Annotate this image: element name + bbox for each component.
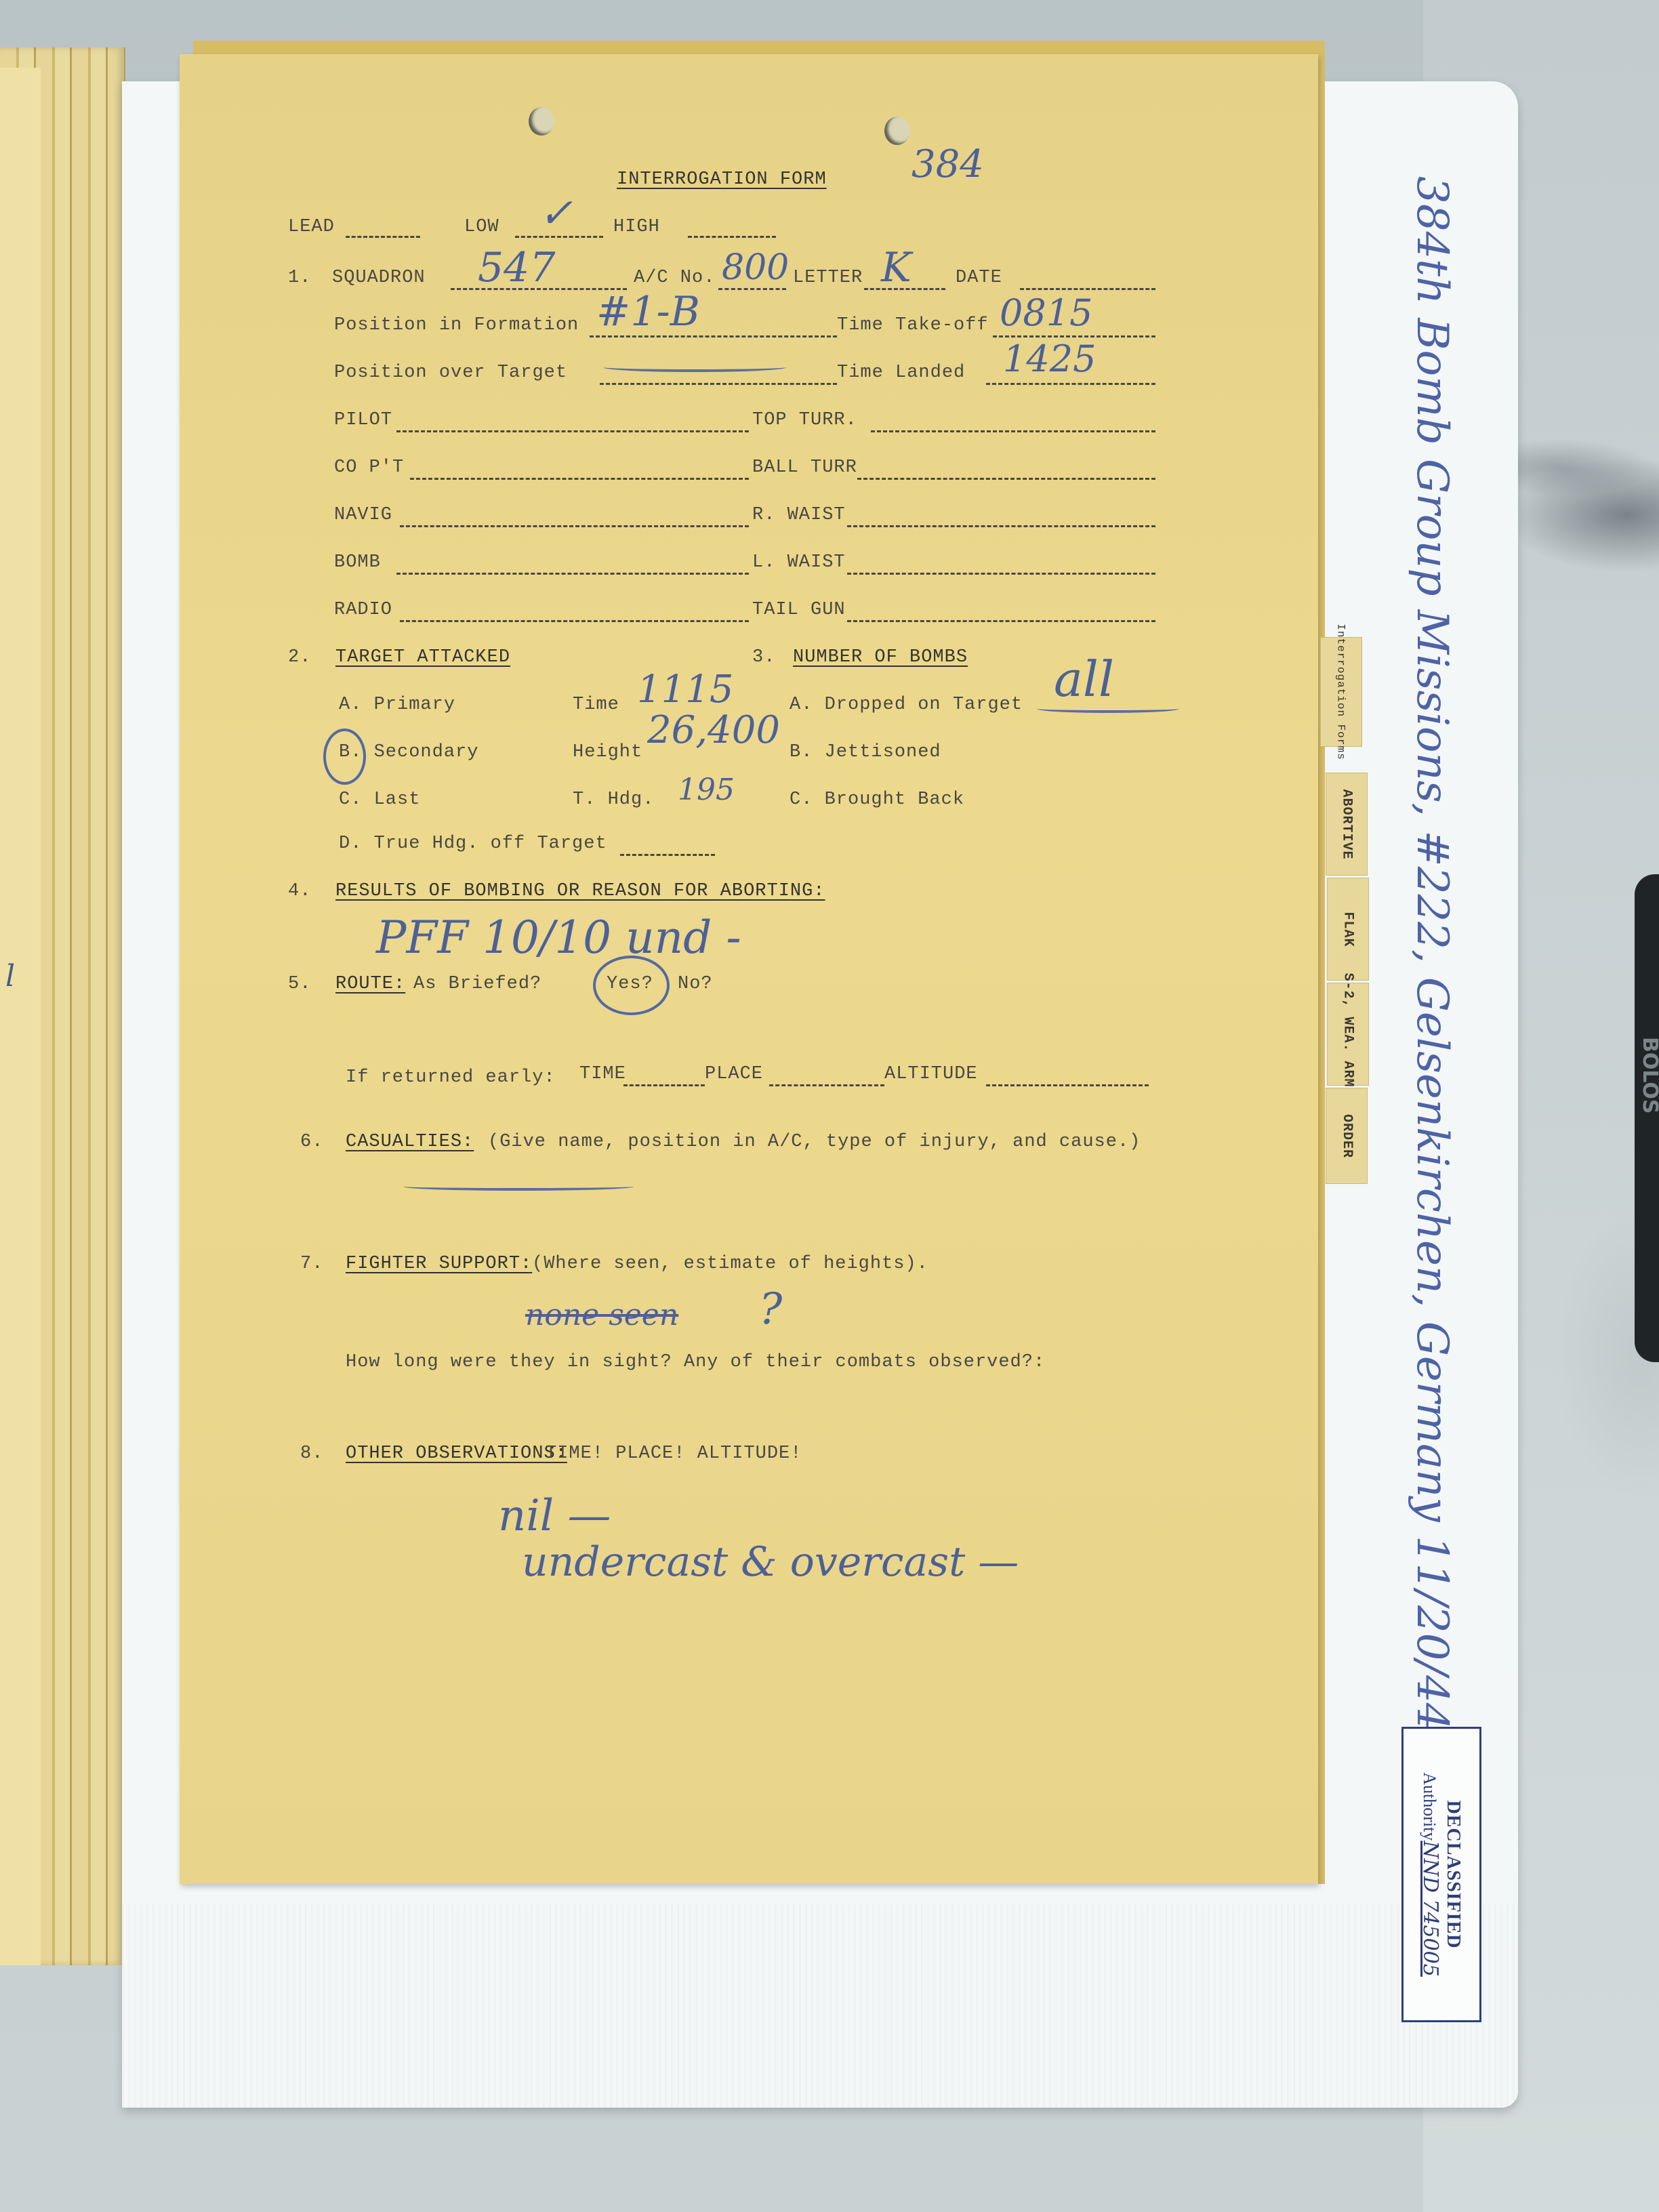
section6-instructions: (Give name, position in A/C, type of inj… bbox=[488, 1132, 1141, 1152]
tab-abortive[interactable]: ABORTIVE bbox=[1326, 773, 1368, 876]
low-check-icon: ✓ bbox=[539, 190, 573, 237]
target-time-value: 1115 bbox=[637, 668, 734, 712]
target-primary-option[interactable]: A. Primary bbox=[339, 695, 455, 715]
letter-label: LETTER bbox=[793, 268, 863, 288]
punch-hole-icon bbox=[884, 117, 910, 145]
crew-navig-label: NAVIG bbox=[334, 505, 392, 525]
left-page-front bbox=[0, 68, 41, 1965]
returned-place-field[interactable] bbox=[769, 1084, 884, 1086]
section3-number: 3. bbox=[752, 647, 775, 668]
bombs-dropped-label: A. Dropped on Target bbox=[790, 695, 1023, 715]
letter-value: K bbox=[881, 244, 912, 291]
aircraft-no-field[interactable] bbox=[718, 288, 786, 290]
observations-line2: undercast & overcast — bbox=[522, 1538, 1019, 1586]
squadron-label: SQUADRON bbox=[332, 268, 426, 288]
time-landed-label: Time Landed bbox=[837, 363, 965, 383]
fighter-value: ? bbox=[759, 1284, 782, 1334]
low-label: LOW bbox=[464, 217, 499, 237]
section1-number: 1. bbox=[288, 268, 311, 288]
target-hdg-label: T. Hdg. bbox=[573, 790, 654, 810]
section4-value: PFF 10/10 und - bbox=[376, 912, 741, 964]
target-last-option[interactable]: C. Last bbox=[339, 790, 420, 810]
crew-r-waist-field[interactable] bbox=[847, 525, 1155, 527]
crew-tail-gun-label: TAIL GUN bbox=[752, 600, 846, 620]
high-label: HIGH bbox=[613, 217, 660, 237]
tab-order[interactable]: ORDER bbox=[1326, 1088, 1368, 1184]
crew-tail-gun-field[interactable] bbox=[847, 620, 1155, 622]
lead-label: LEAD bbox=[288, 217, 335, 237]
crew-r-waist-label: R. WAIST bbox=[752, 505, 846, 525]
crew-radio-label: RADIO bbox=[334, 600, 392, 620]
folder-handwritten-note: 384th Bomb Group Missions, #222, Gelsenk… bbox=[1416, 176, 1498, 1450]
crew-bomb-field[interactable] bbox=[396, 573, 749, 575]
section6-heading: CASUALTIES: bbox=[346, 1132, 474, 1152]
target-height-value: 26,400 bbox=[647, 708, 780, 752]
crew-top-turret-field[interactable] bbox=[871, 430, 1155, 432]
section7-heading: FIGHTER SUPPORT: bbox=[346, 1254, 532, 1274]
crew-pilot-field[interactable] bbox=[396, 430, 749, 432]
crew-bomb-label: BOMB bbox=[334, 552, 381, 573]
page-number-handwritten: 384 bbox=[912, 142, 984, 186]
section2-heading: TARGET ATTACKED bbox=[335, 647, 510, 668]
bombs-dropped-value: all bbox=[1054, 651, 1114, 708]
bombs-jettisoned-label: B. Jettisoned bbox=[790, 742, 941, 762]
crew-l-waist-label: L. WAIST bbox=[752, 552, 846, 573]
position-over-target-label: Position over Target bbox=[334, 363, 567, 383]
crew-top-turret-label: TOP TURR. bbox=[752, 410, 857, 430]
returned-time-label: TIME bbox=[579, 1064, 626, 1084]
section3-heading: NUMBER OF BOMBS bbox=[793, 647, 968, 668]
section8-number: 8. bbox=[300, 1443, 323, 1464]
device-label: BOLOS bbox=[1638, 1037, 1659, 1114]
route-question: As Briefed? bbox=[413, 974, 541, 994]
crew-l-waist-field[interactable] bbox=[847, 573, 1155, 575]
folder-note-text: 384th Bomb Group Missions, #222, Gelsenk… bbox=[1407, 176, 1457, 1730]
section4-heading: RESULTS OF BOMBING OR REASON FOR ABORTIN… bbox=[335, 881, 825, 901]
crew-copilot-label: CO P'T bbox=[334, 457, 404, 478]
interrogation-form: INTERROGATION FORM 384 LEAD LOW ✓ HIGH 1… bbox=[180, 54, 1318, 1884]
date-label: DATE bbox=[956, 268, 1002, 288]
section5-heading: ROUTE: bbox=[335, 974, 405, 994]
returned-altitude-field[interactable] bbox=[986, 1084, 1149, 1086]
folder-tabs: Interrogation Forms ABORTIVE FLAK S-2, W… bbox=[1320, 637, 1364, 1335]
position-in-formation-field[interactable] bbox=[590, 335, 837, 337]
tab-s2-wea-arm[interactable]: S-2, WEA. ARM. bbox=[1327, 983, 1369, 1086]
crew-navig-field[interactable] bbox=[400, 525, 749, 527]
tab-interrogation-forms[interactable]: Interrogation Forms bbox=[1320, 637, 1362, 747]
stamp-authority: AuthorityNND 745005 bbox=[1419, 1772, 1443, 1977]
time-landed-field[interactable] bbox=[986, 383, 1155, 385]
crew-pilot-label: PILOT bbox=[334, 410, 392, 430]
returned-place-label: PLACE bbox=[705, 1064, 763, 1084]
high-line[interactable] bbox=[688, 236, 776, 238]
target-height-label: Height bbox=[573, 742, 642, 762]
aircraft-no-value: 800 bbox=[722, 247, 789, 288]
section8-heading: OTHER OBSERVATIONS: bbox=[346, 1443, 567, 1464]
aircraft-no-label: A/C No. bbox=[634, 268, 715, 288]
time-landed-value: 1425 bbox=[1003, 337, 1096, 380]
section2-number: 2. bbox=[288, 647, 311, 668]
returned-time-field[interactable] bbox=[623, 1084, 705, 1086]
position-in-formation-value: #1-B bbox=[596, 288, 700, 335]
route-yes-option[interactable]: Yes? bbox=[607, 974, 653, 994]
form-title: INTERROGATION FORM bbox=[617, 169, 827, 190]
squadron-value: 547 bbox=[478, 244, 556, 291]
position-in-formation-label: Position in Formation bbox=[334, 315, 579, 335]
left-page-stack: l bbox=[0, 47, 125, 1965]
crew-ball-turret-label: BALL TURR bbox=[752, 457, 857, 478]
stamp-authority-value: NND 745005 bbox=[1419, 1841, 1443, 1977]
fighter-followup: How long were they in sight? Any of thei… bbox=[346, 1352, 1045, 1372]
bombs-dropped-underline bbox=[1037, 705, 1179, 713]
casualties-dash bbox=[403, 1183, 634, 1191]
true-hdg-field[interactable] bbox=[620, 854, 715, 856]
section8-fields: TIME! PLACE! ALTITUDE! bbox=[546, 1443, 802, 1464]
observations-line1: nil — bbox=[498, 1491, 611, 1541]
true-hdg-label: D. True Hdg. off Target bbox=[339, 834, 607, 854]
crew-copilot-field[interactable] bbox=[410, 478, 749, 480]
position-over-target-field[interactable] bbox=[600, 383, 837, 385]
fighter-struck-value: none seen bbox=[525, 1298, 678, 1332]
returned-early-label: If returned early: bbox=[346, 1067, 556, 1088]
dark-device-edge: BOLOS bbox=[1635, 874, 1659, 1362]
punch-hole-icon bbox=[529, 107, 554, 136]
stamp-title: DECLASSIFIED bbox=[1443, 1801, 1465, 1949]
returned-altitude-label: ALTITUDE bbox=[884, 1064, 978, 1084]
section5-number: 5. bbox=[288, 974, 311, 994]
section6-number: 6. bbox=[300, 1132, 323, 1152]
stamp-authority-label: Authority bbox=[1420, 1772, 1440, 1841]
position-over-target-dash bbox=[603, 363, 786, 372]
declassified-stamp: DECLASSIFIED AuthorityNND 745005 bbox=[1401, 1727, 1481, 2022]
crew-ball-turret-field[interactable] bbox=[857, 478, 1155, 480]
section4-number: 4. bbox=[288, 881, 311, 901]
tab-flak[interactable]: FLAK bbox=[1327, 878, 1369, 981]
section7-instructions: (Where seen, estimate of heights). bbox=[532, 1254, 928, 1274]
lead-line[interactable] bbox=[346, 236, 420, 238]
crew-radio-field[interactable] bbox=[400, 620, 749, 622]
time-takeoff-label: Time Take-off bbox=[837, 315, 989, 335]
bombs-brought-back-label: C. Brought Back bbox=[790, 790, 964, 810]
section7-number: 7. bbox=[300, 1254, 323, 1274]
route-no-option[interactable]: No? bbox=[678, 974, 713, 994]
target-hdg-value: 195 bbox=[678, 773, 735, 807]
left-page-mark: l bbox=[5, 959, 15, 994]
target-time-label: Time bbox=[573, 695, 619, 715]
time-takeoff-value: 0815 bbox=[1000, 291, 1092, 334]
date-field[interactable] bbox=[1020, 288, 1155, 290]
target-secondary-option[interactable]: B. Secondary bbox=[339, 742, 478, 762]
